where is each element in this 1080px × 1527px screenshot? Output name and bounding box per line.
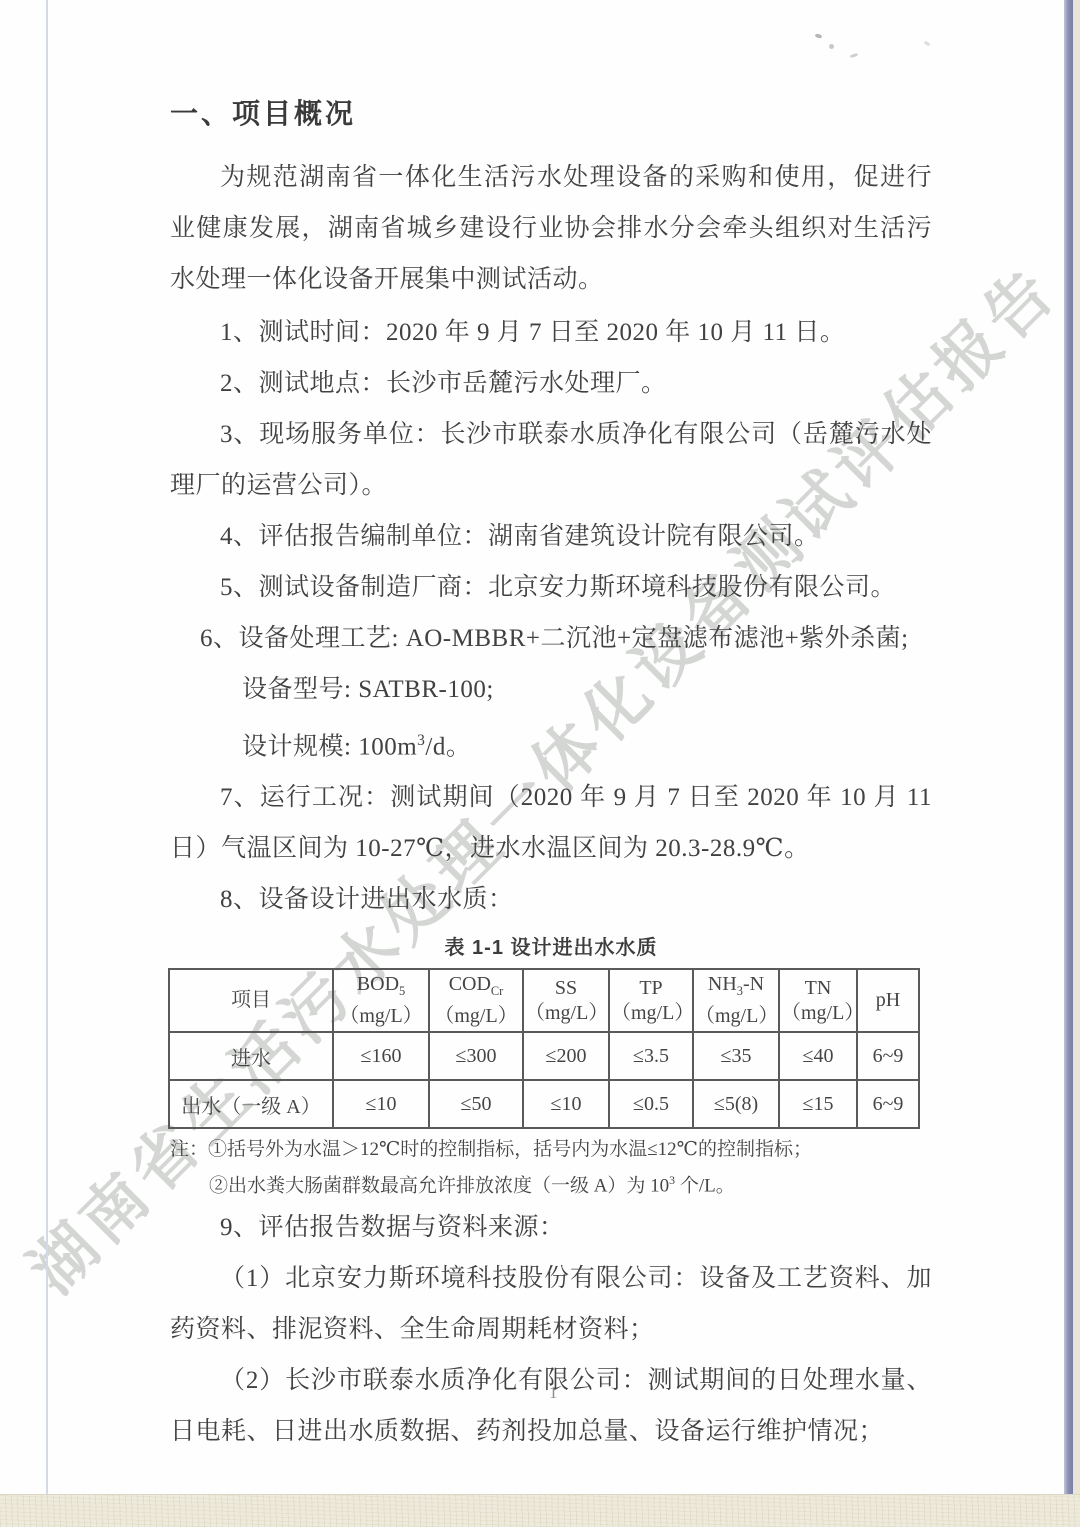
list-item-6-model: 设备型号: SATBR-100; [170, 664, 932, 715]
table-header-row: 项目 BOD5（mg/L） CODCr（mg/L） SS（mg/L） TP（mg… [169, 969, 919, 1032]
design-water-quality-table-block: 表 1-1 设计进出水水质 项目 BOD5（mg/L） CODCr（mg/L） … [170, 931, 932, 1201]
cell-value: ≤0.5 [609, 1080, 693, 1128]
cell-value: ≤10 [523, 1080, 609, 1128]
cell-value: ≤160 [333, 1032, 429, 1080]
cell-value: ≤5(8) [693, 1080, 779, 1128]
list-item-9: 9、评估报告数据与资料来源： [170, 1202, 932, 1253]
numbered-list: 1、测试时间：2020 年 9 月 7 日至 2020 年 10 月 11 日。… [170, 307, 932, 925]
document-content: 一、项目概况 为规范湖南省一体化生活污水处理设备的采购和使用，促进行业健康发展，… [170, 0, 932, 1457]
source-item-1: （1）北京安力斯环境科技股份有限公司：设备及工艺资料、加药资料、排泥资料、全生命… [170, 1253, 932, 1355]
scan-edge-bottom-strip [0, 1494, 1080, 1527]
list-item-1: 1、测试时间：2020 年 9 月 7 日至 2020 年 10 月 11 日。 [170, 307, 932, 358]
cell-value: ≤200 [523, 1032, 609, 1080]
scan-edge-right-line [1064, 0, 1073, 1500]
scan-edge-left-line [46, 0, 48, 1497]
cell-value: ≤300 [429, 1032, 523, 1080]
table-row-effluent: 出水（一级 A） ≤10 ≤50 ≤10 ≤0.5 ≤5(8) ≤15 6~9 [169, 1080, 919, 1128]
design-water-quality-table: 项目 BOD5（mg/L） CODCr（mg/L） SS（mg/L） TP（mg… [168, 968, 920, 1129]
document-page: 湖南省生活污水处理一体化设备测试评估报告 一、项目概况 为规范湖南省一体化生活污… [0, 0, 1080, 1527]
cell-value: 6~9 [857, 1080, 919, 1128]
scale-text: 设计规模: 100m [242, 733, 417, 760]
col-header-tp: TP（mg/L） [609, 969, 693, 1032]
cell-value: ≤50 [429, 1080, 523, 1128]
col-header-codcr: CODCr（mg/L） [429, 969, 523, 1032]
col-header-nh3n: NH3-N（mg/L） [693, 969, 779, 1032]
cell-value: ≤15 [779, 1080, 857, 1128]
col-header-ph: pH [857, 969, 919, 1032]
table-caption: 表 1-1 设计进出水水质 [170, 931, 932, 960]
cell-value: ≤40 [779, 1032, 857, 1080]
row-label: 出水（一级 A） [169, 1080, 333, 1128]
scale-unit: /d。 [425, 733, 471, 760]
list-item-2: 2、测试地点：长沙市岳麓污水处理厂。 [170, 358, 932, 409]
list-item-7: 7、运行工况：测试期间（2020 年 9 月 7 日至 2020 年 10 月 … [170, 772, 932, 874]
list-item-6: 6、设备处理工艺: AO-MBBR+二沉池+定盘滤布滤池+紫外杀菌; [170, 613, 932, 664]
col-header-item: 项目 [169, 969, 333, 1032]
list-item-8: 8、设备设计进出水水质： [170, 874, 932, 925]
source-item-2: （2）长沙市联泰水质净化有限公司：测试期间的日处理水量、日电耗、日进出水质数据、… [170, 1355, 932, 1457]
scanned-page: { "page": { "number": "1" }, "watermark"… [0, 0, 1080, 1527]
row-label: 进水 [169, 1032, 333, 1080]
page-number: 1 [549, 1383, 558, 1403]
list-item-5: 5、测试设备制造厂商：北京安力斯环境科技股份有限公司。 [170, 562, 932, 613]
list-item-4: 4、评估报告编制单位：湖南省建筑设计院有限公司。 [170, 511, 932, 562]
list-item-6-scale: 设计规模: 100m3/d。 [170, 715, 932, 772]
col-header-tn: TN（mg/L） [779, 969, 857, 1032]
col-header-ss: SS（mg/L） [523, 969, 609, 1032]
note-line-2: ②出水粪大肠菌群数最高允许排放浓度（一级 A）为 103 个/L。 [170, 1165, 932, 1201]
cell-value: 6~9 [857, 1032, 919, 1080]
cell-value: ≤35 [693, 1032, 779, 1080]
note-line-1: 注：①括号外为水温＞12℃时的控制指标，括号内为水温≤12℃的控制指标； [170, 1134, 932, 1165]
cell-value: ≤10 [333, 1080, 429, 1128]
table-row-influent: 进水 ≤160 ≤300 ≤200 ≤3.5 ≤35 ≤40 6~9 [169, 1032, 919, 1080]
section-title: 一、项目概况 [170, 92, 932, 132]
table-notes: 注：①括号外为水温＞12℃时的控制指标，括号内为水温≤12℃的控制指标； ②出水… [170, 1134, 932, 1201]
col-header-bod5: BOD5（mg/L） [333, 969, 429, 1032]
cell-value: ≤3.5 [609, 1032, 693, 1080]
scan-edge-right-strip [1073, 0, 1080, 1527]
list-item-3: 3、现场服务单位：长沙市联泰水质净化有限公司（岳麓污水处理厂的运营公司）。 [170, 409, 932, 511]
intro-paragraph: 为规范湖南省一体化生活污水处理设备的采购和使用，促进行业健康发展，湖南省城乡建设… [170, 152, 932, 305]
